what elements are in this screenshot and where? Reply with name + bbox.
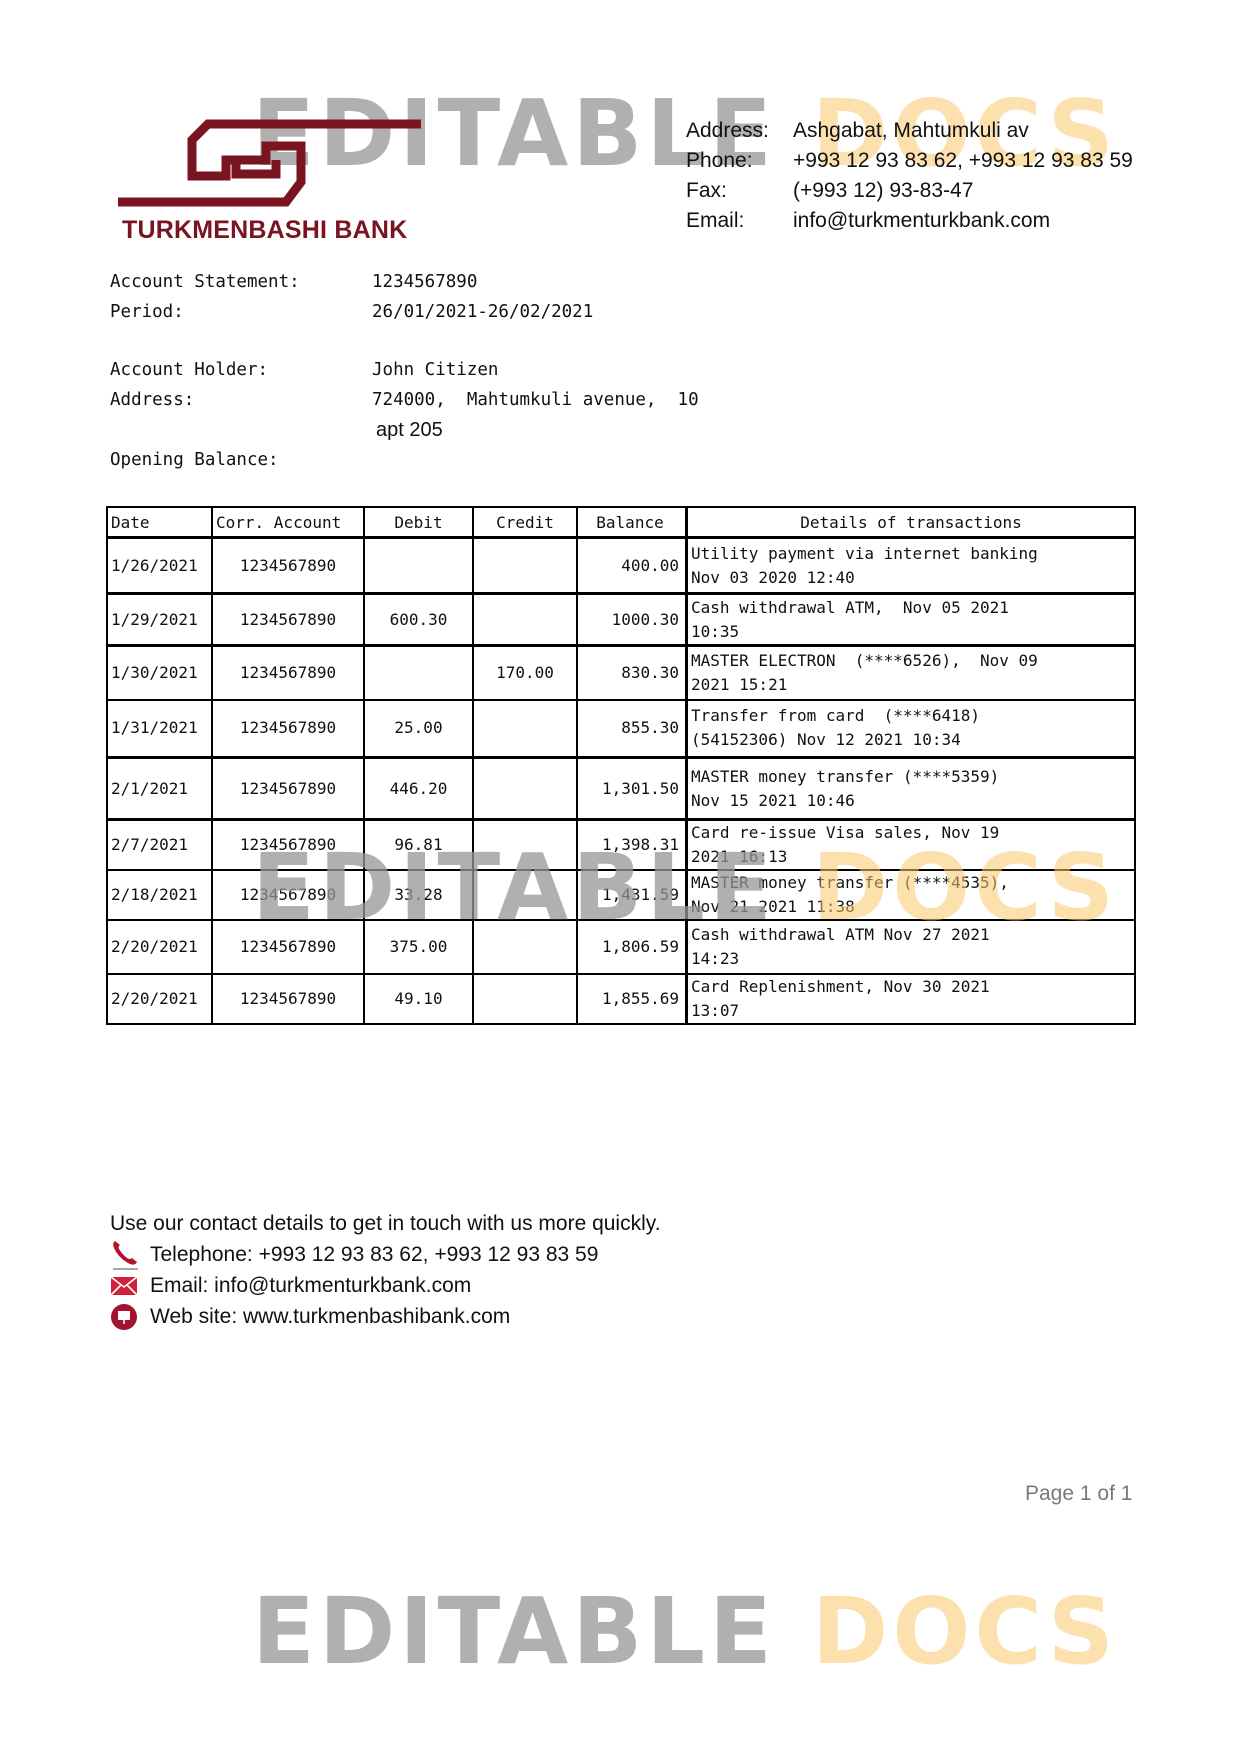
cell-details: Cash withdrawal ATM Nov 27 202114:23 (687, 920, 1136, 974)
cell-date: 1/26/2021 (107, 538, 212, 594)
bank-name: TURKMENBASHI BANK (122, 216, 407, 245)
cell-balance: 400.00 (577, 538, 687, 594)
cell-details: Card re-issue Visa sales, Nov 192021 16:… (687, 820, 1136, 871)
cell-corr-account: 1234567890 (212, 700, 364, 758)
holder-address-row: Address:724000, Mahtumkuli avenue, 10 (110, 385, 699, 415)
table-row: 1/31/2021123456789025.00855.30Transfer f… (107, 700, 1135, 758)
cell-credit (473, 974, 577, 1024)
transactions-table: Date Corr. Account Debit Credit Balance … (106, 506, 1136, 1025)
details-line-2: (54152306) Nov 12 2021 10:34 (691, 728, 1131, 752)
cell-debit (364, 646, 473, 700)
table-row: 1/26/20211234567890400.00Utility payment… (107, 538, 1135, 594)
cell-debit (364, 538, 473, 594)
cell-credit (473, 758, 577, 820)
bank-address-row: Address:Ashgabat, Mahtumkuli av (686, 116, 1133, 146)
table-row: 1/30/20211234567890170.00830.30MASTER EL… (107, 646, 1135, 700)
contact-intro: Use our contact details to get in touch … (110, 1208, 661, 1239)
header-credit: Credit (473, 507, 577, 538)
details-line-2: 14:23 (691, 947, 1131, 971)
header-date: Date (107, 507, 212, 538)
cell-details: Utility payment via internet bankingNov … (687, 538, 1136, 594)
bank-logo: TURKMENBASHI BANK (116, 116, 436, 256)
cell-debit: 375.00 (364, 920, 473, 974)
cell-credit (473, 538, 577, 594)
bank-fax-row: Fax:(+993 12) 93-83-47 (686, 176, 1133, 206)
cell-corr-account: 1234567890 (212, 538, 364, 594)
period-value: 26/01/2021-26/02/2021 (372, 302, 593, 322)
transactions-body: 1/26/20211234567890400.00Utility payment… (107, 538, 1135, 1025)
cell-details: MASTER money transfer (****5359)Nov 15 2… (687, 758, 1136, 820)
cell-balance: 830.30 (577, 646, 687, 700)
cell-debit: 33.28 (364, 870, 473, 920)
cell-details: Card Replenishment, Nov 30 202113:07 (687, 974, 1136, 1024)
table-row: 2/1/20211234567890446.201,301.50MASTER m… (107, 758, 1135, 820)
table-row: 2/20/20211234567890375.001,806.59Cash wi… (107, 920, 1135, 974)
table-row: 1/29/20211234567890600.301000.30Cash wit… (107, 594, 1135, 646)
cell-corr-account: 1234567890 (212, 870, 364, 920)
opening-balance-row: Opening Balance: (110, 445, 699, 475)
cell-debit: 96.81 (364, 820, 473, 871)
cell-debit: 600.30 (364, 594, 473, 646)
details-line-1: Cash withdrawal ATM Nov 27 2021 (691, 923, 1131, 947)
cell-balance: 1000.30 (577, 594, 687, 646)
cell-credit (473, 920, 577, 974)
phone-icon (110, 1240, 150, 1270)
details-line-1: MASTER money transfer (****5359) (691, 765, 1131, 789)
details-line-2: Nov 15 2021 10:46 (691, 789, 1131, 813)
contact-email: Email: info@turkmenturkbank.com (110, 1270, 661, 1301)
bank-email-row: Email:info@turkmenturkbank.com (686, 206, 1133, 236)
details-line-1: Cash withdrawal ATM, Nov 05 2021 (691, 596, 1131, 620)
table-row: 2/20/2021123456789049.101,855.69Card Rep… (107, 974, 1135, 1024)
contact-section: Use our contact details to get in touch … (110, 1208, 661, 1332)
table-row: 2/7/2021123456789096.811,398.31Card re-i… (107, 820, 1135, 871)
cell-balance: 1,398.31 (577, 820, 687, 871)
details-line-2: Nov 21 2021 11:38 (691, 895, 1131, 919)
details-line-1: Card Replenishment, Nov 30 2021 (691, 975, 1131, 999)
cell-date: 2/20/2021 (107, 920, 212, 974)
cell-corr-account: 1234567890 (212, 820, 364, 871)
period-row: Period:26/01/2021-26/02/2021 (110, 297, 699, 327)
header-balance: Balance (577, 507, 687, 538)
cell-date: 2/20/2021 (107, 974, 212, 1024)
contact-telephone: Telephone: +993 12 93 83 62, +993 12 93 … (110, 1239, 661, 1270)
contact-website: Web site: www.turkmenbashibank.com (110, 1301, 661, 1332)
details-line-1: Utility payment via internet banking (691, 542, 1131, 566)
monitor-icon (110, 1302, 150, 1332)
account-details: Account Statement:1234567890 Period:26/0… (110, 267, 699, 475)
header-details: Details of transactions (687, 507, 1136, 538)
envelope-icon (110, 1271, 150, 1301)
bank-logo-emblem (116, 116, 436, 216)
bank-phone-row: Phone:+993 12 93 83 62, +993 12 93 83 59 (686, 146, 1133, 176)
cell-credit (473, 870, 577, 920)
cell-credit (473, 700, 577, 758)
details-line-1: Card re-issue Visa sales, Nov 19 (691, 821, 1131, 845)
cell-corr-account: 1234567890 (212, 920, 364, 974)
cell-corr-account: 1234567890 (212, 974, 364, 1024)
details-line-2: 13:07 (691, 999, 1131, 1023)
cell-corr-account: 1234567890 (212, 646, 364, 700)
cell-date: 2/7/2021 (107, 820, 212, 871)
holder-address-line2: apt 205 (372, 419, 443, 442)
table-row: 2/18/2021123456789033.281,431.59MASTER m… (107, 870, 1135, 920)
cell-balance: 1,301.50 (577, 758, 687, 820)
cell-debit: 49.10 (364, 974, 473, 1024)
details-line-1: MASTER money transfer (****4535), (691, 871, 1131, 895)
cell-balance: 1,431.59 (577, 870, 687, 920)
cell-date: 1/31/2021 (107, 700, 212, 758)
cell-corr-account: 1234567890 (212, 594, 364, 646)
table-header-row: Date Corr. Account Debit Credit Balance … (107, 507, 1135, 538)
cell-date: 1/30/2021 (107, 646, 212, 700)
header-debit: Debit (364, 507, 473, 538)
bank-contact-block: Address:Ashgabat, Mahtumkuli av Phone:+9… (686, 116, 1133, 236)
cell-balance: 1,806.59 (577, 920, 687, 974)
cell-credit: 170.00 (473, 646, 577, 700)
holder-address-row-2: apt 205 (110, 415, 699, 445)
cell-date: 2/1/2021 (107, 758, 212, 820)
cell-corr-account: 1234567890 (212, 758, 364, 820)
cell-balance: 1,855.69 (577, 974, 687, 1024)
details-line-1: MASTER ELECTRON (****6526), Nov 09 (691, 649, 1131, 673)
details-line-2: 2021 15:21 (691, 673, 1131, 697)
cell-date: 2/18/2021 (107, 870, 212, 920)
details-line-1: Transfer from card (****6418) (691, 704, 1131, 728)
cell-details: MASTER ELECTRON (****6526), Nov 092021 1… (687, 646, 1136, 700)
holder-address-line1: 724000, Mahtumkuli avenue, 10 (372, 390, 699, 410)
cell-credit (473, 594, 577, 646)
cell-date: 1/29/2021 (107, 594, 212, 646)
cell-details: Cash withdrawal ATM, Nov 05 202110:35 (687, 594, 1136, 646)
account-holder-name: John Citizen (372, 360, 498, 380)
header-corr-account: Corr. Account (212, 507, 364, 538)
account-number: 1234567890 (372, 272, 477, 292)
watermark: EDITABLEDOCS (252, 1586, 1118, 1678)
details-line-2: Nov 03 2020 12:40 (691, 566, 1131, 590)
cell-details: Transfer from card (****6418)(54152306) … (687, 700, 1136, 758)
details-line-2: 2021 16:13 (691, 845, 1131, 869)
account-statement-row: Account Statement:1234567890 (110, 267, 699, 297)
cell-balance: 855.30 (577, 700, 687, 758)
cell-debit: 25.00 (364, 700, 473, 758)
account-holder-row: Account Holder:John Citizen (110, 355, 699, 385)
cell-debit: 446.20 (364, 758, 473, 820)
page-number: Page 1 of 1 (1025, 1482, 1132, 1506)
cell-details: MASTER money transfer (****4535),Nov 21 … (687, 870, 1136, 920)
details-line-2: 10:35 (691, 620, 1131, 644)
cell-credit (473, 820, 577, 871)
